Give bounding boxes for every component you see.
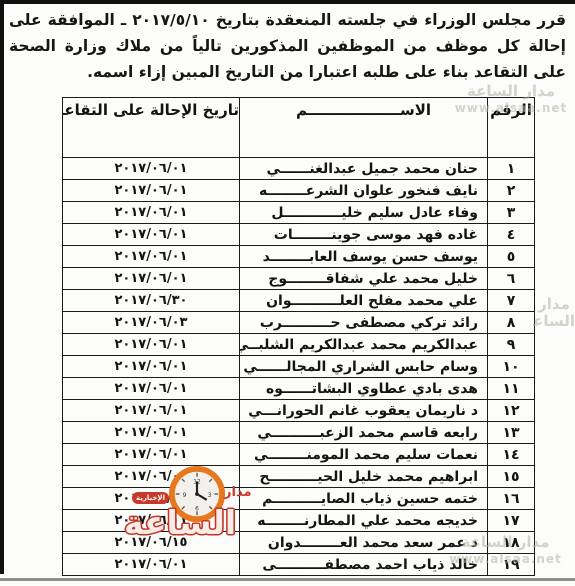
cell-date: ٢٠١٧/٠٦/٠١ xyxy=(63,510,240,532)
cell-name: حنان محمد جميل عبدالغنــــــي xyxy=(240,158,488,180)
cell-number: ٢ xyxy=(488,180,535,202)
cell-name: يوسف حسن يوسف العابــــــــد xyxy=(240,246,488,268)
table-row: ٦خليل محمد علي شفاقــــــــوج٢٠١٧/٠٦/٠١ xyxy=(63,268,535,290)
table-row: ٥يوسف حسن يوسف العابــــــــد٢٠١٧/٠٦/٠١ xyxy=(63,246,535,268)
cell-name: هدى بادي عطاوي البشاتــــــوه xyxy=(240,378,488,400)
table-row: ٤غاده فهد موسى جوينــــــــات٢٠١٧/٠٦/٠١ xyxy=(63,224,535,246)
cell-date: ٢٠١٧/٠٦/٠١ xyxy=(63,334,240,356)
header-name: الاســــــــــــــــــم xyxy=(240,98,488,158)
table-row: ١٥ابراهيم محمد خليل الحيــــــــــح٢٠١٧/… xyxy=(63,466,535,488)
table-row: ١١هدى بادي عطاوي البشاتــــــوه٢٠١٧/٠٦/٠… xyxy=(63,378,535,400)
header-number: الرقم xyxy=(488,98,535,158)
cell-number: ١٢ xyxy=(488,400,535,422)
cell-date: ٢٠١٧/٠٦/٠١ xyxy=(63,422,240,444)
cell-date: ٢٠١٧/٠٦/٠١ xyxy=(63,180,240,202)
cell-number: ١٦ xyxy=(488,488,535,510)
table-row: ١٠وسام حابس الشراري المجالــــــي٢٠١٧/٠٦… xyxy=(63,356,535,378)
cell-number: ١٤ xyxy=(488,444,535,466)
cell-name: ختمه حسين ذياب الصايــــــــــم xyxy=(240,488,488,510)
cell-name: رائد تركي مصطفى حــــــــــرب xyxy=(240,312,488,334)
cell-date: ٢٠١٧/٠٦/٠١ xyxy=(63,268,240,290)
table-row: ١٨د عمر سعد محمد العــــــــدوان٢٠١٧/٠٦/… xyxy=(63,532,535,554)
table-row: ٨رائد تركي مصطفى حــــــــــرب٢٠١٧/٠٦/٠٣ xyxy=(63,312,535,334)
cell-date: ٢٠١٧/٠٦/٠١ xyxy=(63,158,240,180)
cell-date: ٢٠١٧/٠٦/٠١ xyxy=(63,554,240,576)
cell-date: ٢٠١٧/٠٦/٠١ xyxy=(63,224,240,246)
decision-intro-paragraph: قرر مجلس الوزراء في جلسته المنعقدة بتاري… xyxy=(9,7,566,85)
cell-number: ١٩ xyxy=(488,554,535,576)
cell-name: خالد ذياب احمد مصطفــــــــــى xyxy=(240,554,488,576)
table-row: ١٤نعمات سليم محمد المومنــــــــي٢٠١٧/٠٦… xyxy=(63,444,535,466)
cell-number: ٤ xyxy=(488,224,535,246)
cell-name: نعمات سليم محمد المومنــــــــي xyxy=(240,444,488,466)
table-row: ٩عبدالكريم محمد عبدالكريم الشلبــي٢٠١٧/٠… xyxy=(63,334,535,356)
cell-date: ٢٠١٧/٠٦/٠١ xyxy=(63,202,240,224)
cell-number: ٦ xyxy=(488,268,535,290)
cell-name: رابعه قاسم محمد الزعبــــــــــي xyxy=(240,422,488,444)
table-body: ١حنان محمد جميل عبدالغنــــــي٢٠١٧/٠٦/٠١… xyxy=(63,158,535,576)
header-retirement-date: تاريخ الإحالة على التقاعد xyxy=(63,98,240,158)
scan-frame-bottom xyxy=(0,578,575,581)
table-row: ٢نايف فنخور علوان الشرعــــــــه٢٠١٧/٠٦/… xyxy=(63,180,535,202)
cell-number: ١ xyxy=(488,158,535,180)
table-row: ١٢د ناريمان يعقوب غانم الحورانـــي٢٠١٧/٠… xyxy=(63,400,535,422)
scan-frame-top xyxy=(0,0,575,4)
table-row: ١حنان محمد جميل عبدالغنــــــي٢٠١٧/٠٦/٠١ xyxy=(63,158,535,180)
cell-date: ٢٠١٧/٠٦/٠٣ xyxy=(63,312,240,334)
cell-name: غاده فهد موسى جوينــــــــات xyxy=(240,224,488,246)
site-watermark-name: مدار الساعة xyxy=(533,296,575,330)
cell-name: وفاء عادل سليم خليــــــــــــل xyxy=(240,202,488,224)
cell-date: ٢٠١٧/٠٦/٠١ xyxy=(63,246,240,268)
cell-number: ١١ xyxy=(488,378,535,400)
cell-name: ابراهيم محمد خليل الحيــــــــــح xyxy=(240,466,488,488)
table-header-row: الرقم الاســــــــــــــــــم تاريخ الإح… xyxy=(63,98,535,158)
cell-name: خديجه محمد علي المطارنــــــــه xyxy=(240,510,488,532)
cell-date: ٢٠١٧/٠٦/٠١ xyxy=(63,400,240,422)
table-row: ١٦ختمه حسين ذياب الصايــــــــــم٢٠١٧/٠٦… xyxy=(63,488,535,510)
cell-date: ٢٠١٧/٠٦/٠١ xyxy=(63,444,240,466)
cell-date: ٢٠١٧/٠٦/٠١ xyxy=(63,356,240,378)
cell-date: ٢٠١٧/٠٦/٠١ xyxy=(63,378,240,400)
cell-number: ١٨ xyxy=(488,532,535,554)
cell-name: د عمر سعد محمد العــــــــدوان xyxy=(240,532,488,554)
cell-name: علي محمد مفلح العلــــــــــوان xyxy=(240,290,488,312)
scan-frame-left xyxy=(0,0,4,574)
table-row: ٧علي محمد مفلح العلــــــــــوان٢٠١٧/٠٦/… xyxy=(63,290,535,312)
cell-number: ٥ xyxy=(488,246,535,268)
cell-name: نايف فنخور علوان الشرعــــــــه xyxy=(240,180,488,202)
table-row: ١٩خالد ذياب احمد مصطفــــــــــى٢٠١٧/٠٦/… xyxy=(63,554,535,576)
cell-date: ٢٠١٧/٠٦/٠١ xyxy=(63,488,240,510)
table-row: ١٣رابعه قاسم محمد الزعبــــــــــي٢٠١٧/٠… xyxy=(63,422,535,444)
cell-number: ٧ xyxy=(488,290,535,312)
retirement-table: الرقم الاســــــــــــــــــم تاريخ الإح… xyxy=(62,97,535,576)
cell-number: ٩ xyxy=(488,334,535,356)
cell-date: ٢٠١٧/٠٦/٠١ xyxy=(63,466,240,488)
cell-number: ١٣ xyxy=(488,422,535,444)
site-watermark-mid-right: مدار الساعة xyxy=(533,296,575,330)
cell-name: عبدالكريم محمد عبدالكريم الشلبــي xyxy=(240,334,488,356)
scanned-document-page: قرر مجلس الوزراء في جلسته المنعقدة بتاري… xyxy=(0,0,575,586)
cell-name: خليل محمد علي شفاقــــــــوج xyxy=(240,268,488,290)
table-row: ١٧خديجه محمد علي المطارنــــــــه٢٠١٧/٠٦… xyxy=(63,510,535,532)
cell-number: ١٥ xyxy=(488,466,535,488)
cell-date: ٢٠١٧/٠٦/٣٠ xyxy=(63,290,240,312)
cell-number: ٨ xyxy=(488,312,535,334)
cell-number: ١٧ xyxy=(488,510,535,532)
table-row: ٣وفاء عادل سليم خليــــــــــــل٢٠١٧/٠٦/… xyxy=(63,202,535,224)
cell-date: ٢٠١٧/٠٦/١٥ xyxy=(63,532,240,554)
cell-number: ١٠ xyxy=(488,356,535,378)
cell-number: ٣ xyxy=(488,202,535,224)
cell-name: د ناريمان يعقوب غانم الحورانـــي xyxy=(240,400,488,422)
cell-name: وسام حابس الشراري المجالــــــي xyxy=(240,356,488,378)
